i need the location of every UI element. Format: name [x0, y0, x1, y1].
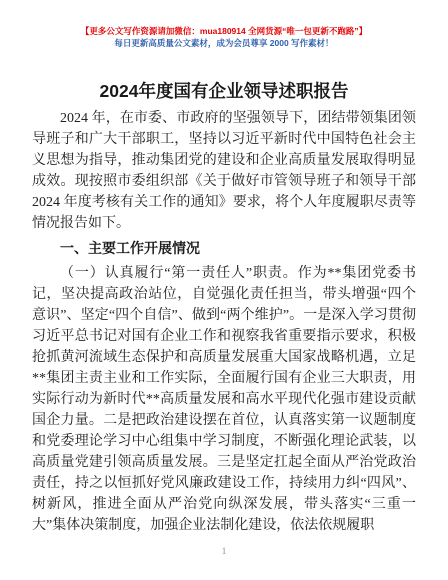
section-1-heading: 一、主要工作开展情况: [32, 238, 416, 259]
page-number: 1: [0, 546, 448, 556]
ad-banner-line1: 【更多公文写作资源请加微信：mua180914 全网货源“唯一包更新不跑路”】: [0, 25, 448, 37]
ad-banner-line2: 每日更新高质量公文素材，成为会员尊享 2000 写作素材！: [0, 37, 448, 49]
document-title: 2024年度国有企业领导述职报告: [0, 80, 448, 102]
ad-banner: 【更多公文写作资源请加微信：mua180914 全网货源“唯一包更新不跑路”】 …: [0, 0, 448, 49]
section-1-paragraph: （一）认真履行“第一责任人”职责。作为**集团党委书记，坚决提高政治站位，自觉强…: [32, 263, 416, 536]
intro-paragraph: 2024 年，在市委、市政府的坚强领导下，团结带领集团领导班子和广大干部职工，坚…: [32, 108, 416, 234]
document-page: 【更多公文写作资源请加微信：mua180914 全网货源“唯一包更新不跑路”】 …: [0, 0, 448, 580]
document-body: 2024 年，在市委、市政府的坚强领导下，团结带领集团领导班子和广大干部职工，坚…: [32, 108, 416, 536]
